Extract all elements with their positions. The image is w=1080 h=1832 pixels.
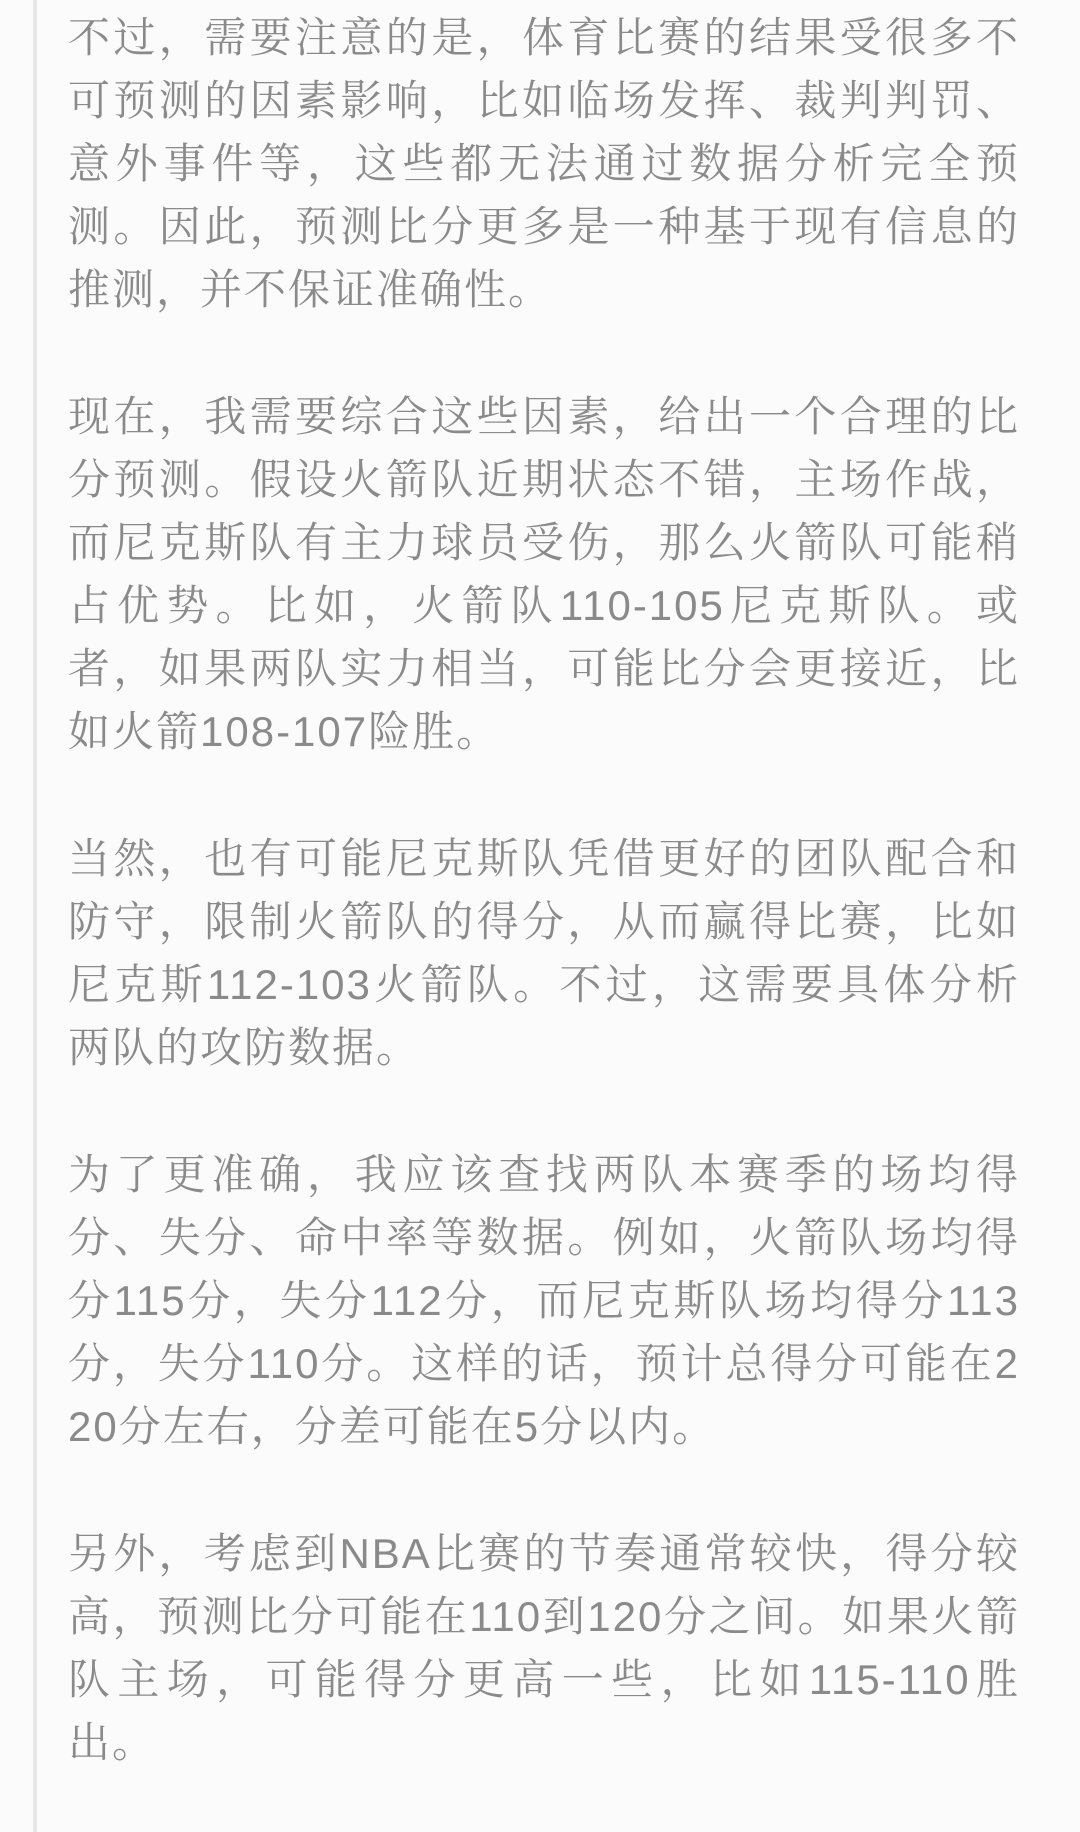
reasoning-paragraph-score-prediction: 现在，我需要综合这些因素，给出一个合理的比分预测。假设火箭队近期状态不错，主场作… — [68, 385, 1020, 763]
reasoning-paragraph-nba-pace: 另外，考虑到NBA比赛的节奏通常较快，得分较高，预测比分可能在110到120分之… — [68, 1522, 1020, 1774]
reasoning-paragraph-season-stats: 为了更准确，我应该查找两队本赛季的场均得分、失分、命中率等数据。例如，火箭队场均… — [68, 1143, 1020, 1458]
reasoning-paragraph-unpredictable-factors: 不过，需要注意的是，体育比赛的结果受很多不可预测的因素影响，比如临场发挥、裁判判… — [68, 6, 1020, 321]
reasoning-text-block: 不过，需要注意的是，体育比赛的结果受很多不可预测的因素影响，比如临场发挥、裁判判… — [68, 0, 1020, 1774]
reasoning-quote-divider — [33, 0, 37, 1832]
reasoning-paragraph-knicks-win-scenario: 当然，也有可能尼克斯队凭借更好的团队配合和防守，限制火箭队的得分，从而赢得比赛，… — [68, 827, 1020, 1079]
